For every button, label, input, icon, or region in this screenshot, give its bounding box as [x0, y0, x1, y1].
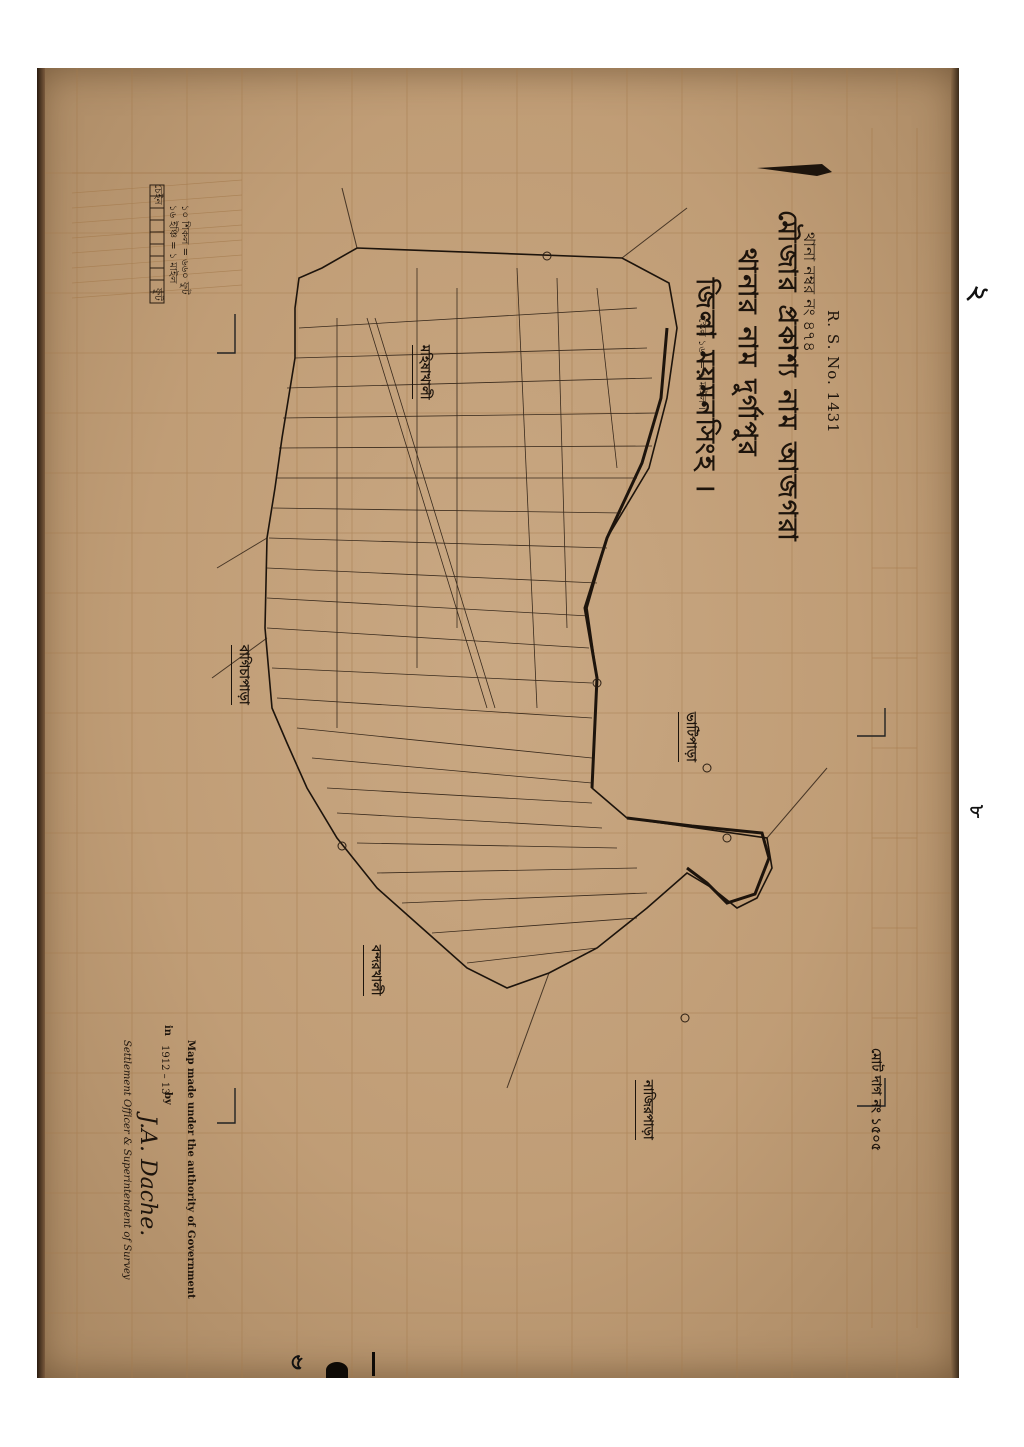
ink-stroke [372, 1352, 375, 1376]
thana-name: থানার নাম দুর্গাপুর [724, 248, 768, 458]
ink-blot [326, 1362, 348, 1378]
sheet-edge-right [951, 68, 959, 1378]
neighbour-east: ভাটিপাড়া [678, 712, 700, 762]
neighbour-south-west: বন্দরখালী [363, 945, 385, 996]
mouza-name: মৌজার প্রকাশ্য নাম আজগরা [764, 210, 808, 543]
sheet-scale-note: স্কেল ১৬" = ১ মাইল । [692, 318, 709, 410]
total-plots: মোট দাগ নং ১৫০৫ [864, 1048, 885, 1151]
neighbour-north: মহিষাখালী [412, 345, 434, 399]
scale-label-bottom: ফুট [148, 288, 165, 301]
authority-by: by [162, 1092, 173, 1105]
neighbour-west: বাগিচাপাড়া [231, 645, 253, 705]
rs-number: R. S. No. 1431 [824, 310, 842, 434]
margin-mark-bottom: ৫ [290, 1345, 304, 1382]
sheet-edge-left [37, 68, 45, 1378]
scale-label-top: চেইন [148, 184, 165, 205]
officer-signature: J.A. Dache. [135, 1115, 160, 1236]
margin-mark-top: ২ [954, 284, 1001, 302]
scale-line-2: ১৬ ইঞ্চি = ১ মাইল [163, 205, 180, 283]
officer-title: Settlement Officer & Superintendent of S… [121, 1040, 132, 1280]
authority-line: Map made under the authority of Governme… [185, 1040, 196, 1299]
neighbour-south-east: নাজিরপাড়া [635, 1080, 657, 1140]
authority-in: in [162, 1025, 173, 1036]
margin-mark-mid: ৮ [958, 805, 991, 818]
survey-years: 1912 – 13 [159, 1045, 170, 1095]
